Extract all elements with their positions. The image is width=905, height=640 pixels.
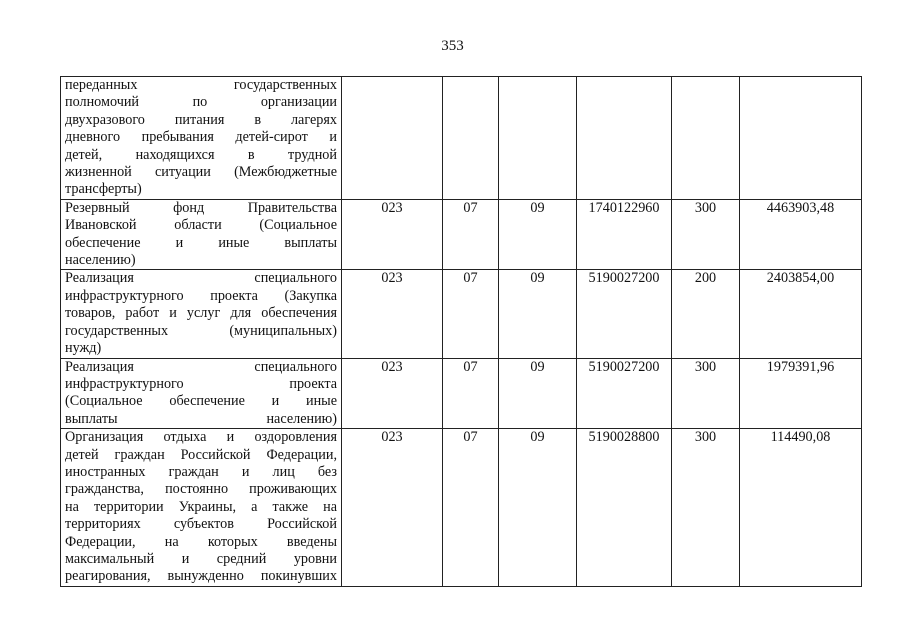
subsection-code: 09 [499,199,577,270]
section-code: 07 [443,270,499,358]
amount: 4463903,48 [740,199,862,270]
ministry-code [342,77,443,200]
section-code [443,77,499,200]
expense-description: Реализация специальногоинфраструктурного… [61,270,342,358]
target-article-code [577,77,672,200]
expense-description: Организация отдыха и оздоровлениядетей г… [61,429,342,587]
table-row: Организация отдыха и оздоровлениядетей г… [61,429,862,587]
expense-type-code: 300 [672,358,740,429]
expense-type-code: 300 [672,429,740,587]
amount: 114490,08 [740,429,862,587]
budget-table: переданных государственныхполномочий по … [60,76,862,587]
table-row: Реализация специальногоинфраструктурного… [61,270,862,358]
ministry-code: 023 [342,199,443,270]
ministry-code: 023 [342,358,443,429]
expense-description: Реализация специальногоинфраструктурного… [61,358,342,429]
table-row: переданных государственныхполномочий по … [61,77,862,200]
expense-type-code [672,77,740,200]
subsection-code: 09 [499,270,577,358]
expense-type-code: 200 [672,270,740,358]
amount [740,77,862,200]
subsection-code [499,77,577,200]
expense-description: переданных государственныхполномочий по … [61,77,342,200]
subsection-code: 09 [499,358,577,429]
page-number: 353 [0,38,905,55]
subsection-code: 09 [499,429,577,587]
amount: 1979391,96 [740,358,862,429]
target-article-code: 5190028800 [577,429,672,587]
target-article-code: 1740122960 [577,199,672,270]
ministry-code: 023 [342,429,443,587]
ministry-code: 023 [342,270,443,358]
target-article-code: 5190027200 [577,358,672,429]
section-code: 07 [443,199,499,270]
section-code: 07 [443,358,499,429]
expense-type-code: 300 [672,199,740,270]
expense-description: Резервный фонд ПравительстваИвановской о… [61,199,342,270]
table-row: Реализация специальногоинфраструктурного… [61,358,862,429]
target-article-code: 5190027200 [577,270,672,358]
section-code: 07 [443,429,499,587]
amount: 2403854,00 [740,270,862,358]
table-row: Резервный фонд ПравительстваИвановской о… [61,199,862,270]
